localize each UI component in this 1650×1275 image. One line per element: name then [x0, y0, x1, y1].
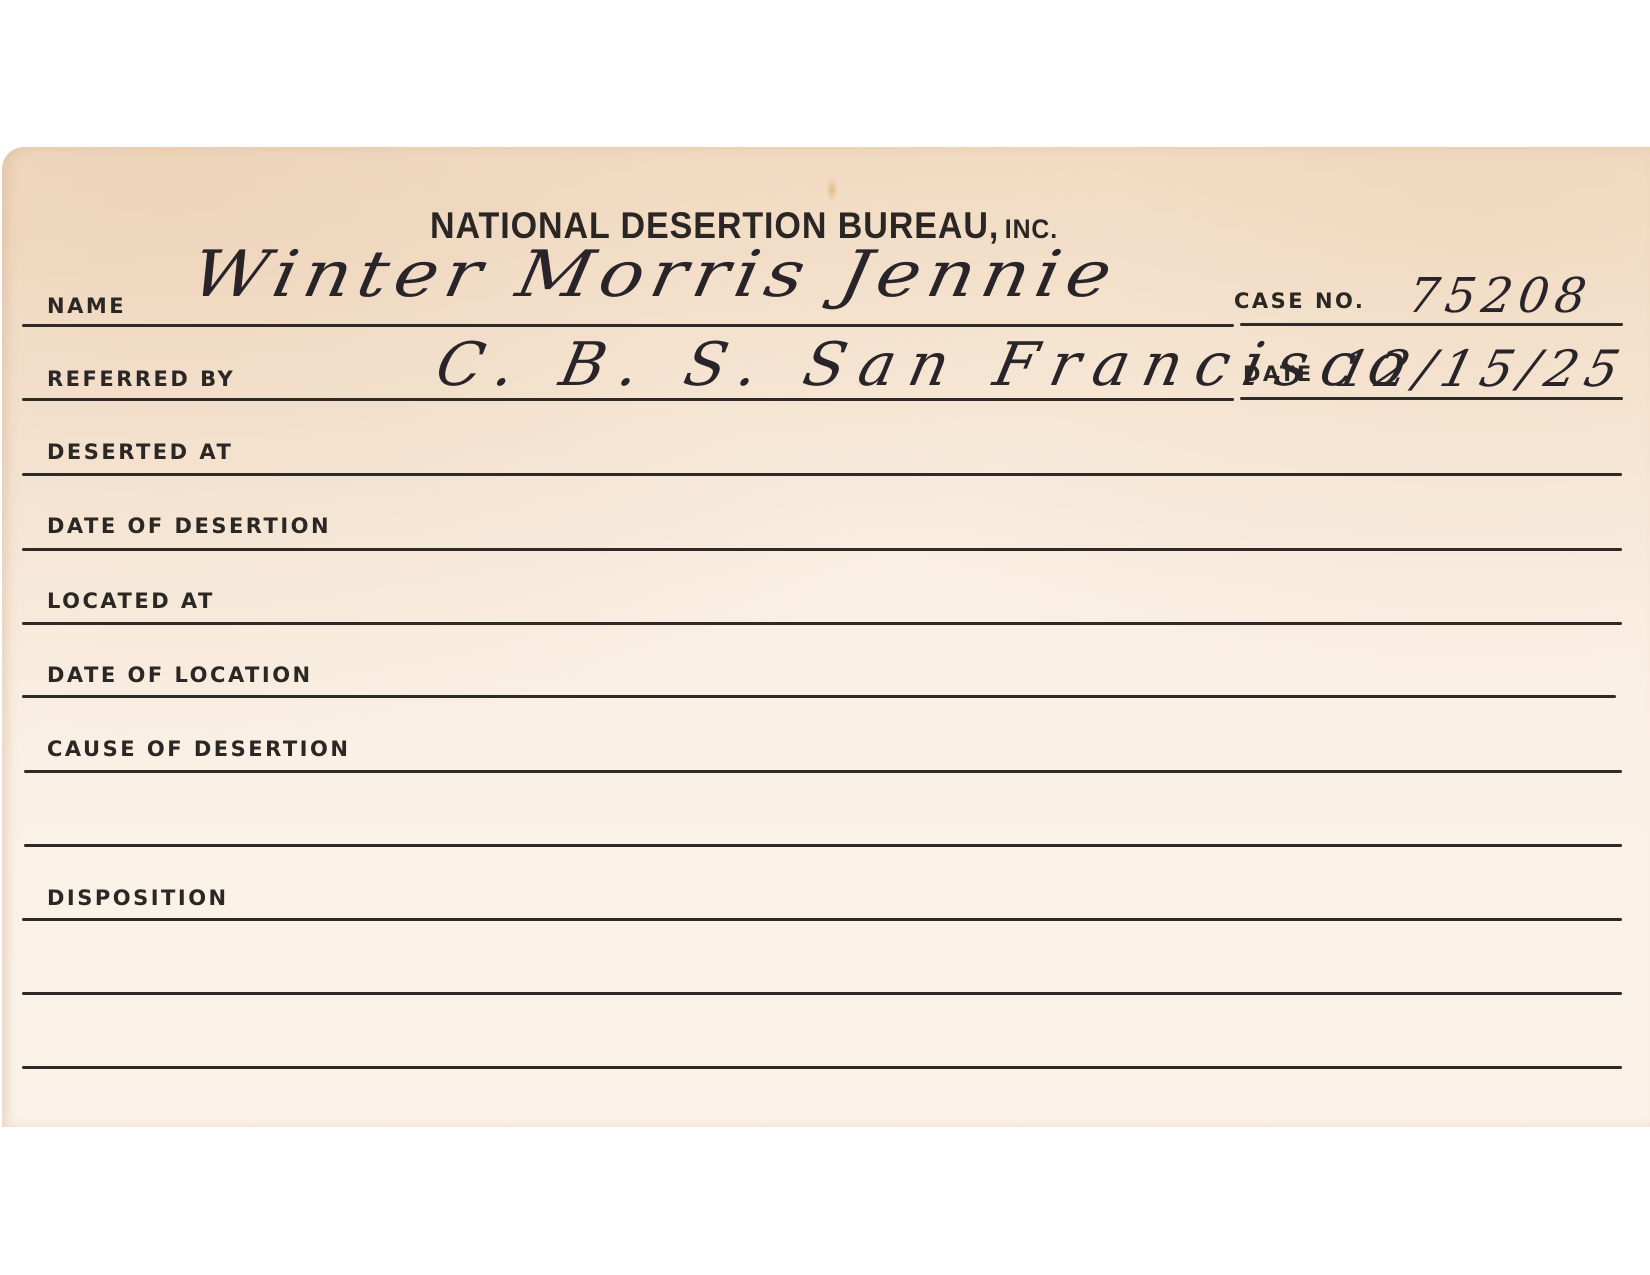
cause-of-desertion-line-2[interactable]	[24, 844, 1622, 847]
referred-by-label: REFERRED BY	[47, 367, 235, 391]
deserted-at-label: DESERTED AT	[47, 440, 233, 464]
date-of-desertion-line[interactable]	[22, 548, 1622, 551]
date-label: DATE	[1243, 362, 1314, 386]
disposition-line-2[interactable]	[22, 992, 1622, 995]
name-label: NAME	[47, 294, 126, 318]
date-of-location-line[interactable]	[22, 695, 1616, 698]
paper-stain	[826, 178, 838, 202]
case-no-line	[1240, 323, 1623, 326]
referred-by-line	[22, 398, 1234, 401]
name-value[interactable]: Winter Morris Jennie	[185, 238, 1125, 312]
case-no-value[interactable]: 75208	[1405, 268, 1596, 324]
disposition-label: DISPOSITION	[47, 886, 229, 910]
date-line	[1240, 397, 1623, 400]
located-at-label: LOCATED AT	[47, 589, 215, 613]
deserted-at-line[interactable]	[22, 473, 1622, 476]
date-of-desertion-label: DATE OF DESERTION	[47, 514, 331, 538]
located-at-line[interactable]	[22, 622, 1622, 625]
cause-of-desertion-line[interactable]	[24, 770, 1622, 773]
case-no-label: CASE NO.	[1234, 289, 1365, 313]
date-of-location-label: DATE OF LOCATION	[47, 663, 313, 687]
date-value[interactable]: 12/15/25	[1330, 340, 1633, 398]
disposition-line-3[interactable]	[22, 1066, 1622, 1069]
cause-of-desertion-label: CAUSE OF DESERTION	[47, 737, 350, 761]
name-line	[22, 324, 1234, 327]
disposition-line[interactable]	[22, 918, 1622, 921]
